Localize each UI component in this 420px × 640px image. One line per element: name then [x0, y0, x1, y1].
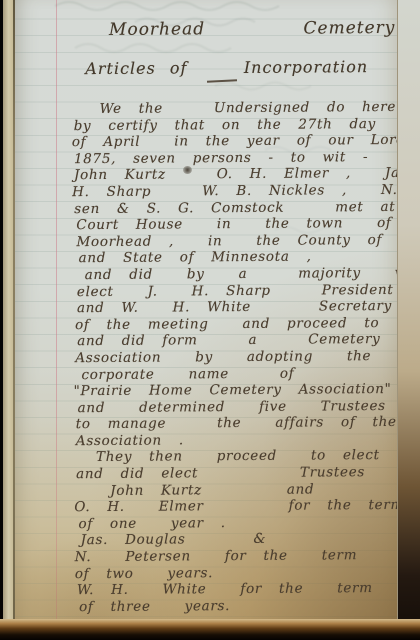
manuscript-line: "Prairie Home Cemetery Association": [73, 381, 397, 400]
title-line: Moorhead Cemetery: [71, 11, 397, 51]
manuscript-line: of three years.: [75, 597, 397, 616]
manuscript-line: We the Undersigned do here: [72, 99, 397, 118]
binding-edge: [3, 0, 13, 640]
manuscript-line: O. H. Elmer for the term: [74, 497, 397, 516]
ledger-page: Moorhead CemeteryArticles of Incorporati…: [15, 0, 397, 640]
manuscript-line: N. Petersen for the term: [75, 547, 397, 566]
manuscript-line: and did elect Trustees: [74, 464, 397, 483]
ledger-photo: Moorhead CemeteryArticles of Incorporati…: [0, 0, 420, 640]
manuscript-line: H. Sharp W. B. Nickles , N. Peter-: [72, 182, 397, 201]
manuscript-line: Moorhead , in the County of Clay: [72, 232, 397, 251]
manuscript-line: Association by adopting the: [73, 348, 397, 367]
manuscript-lines: Moorhead CemeteryArticles of Incorporati…: [71, 11, 397, 616]
manuscript-line: of April in the year of our Lord: [72, 132, 397, 151]
manuscript-line: and did by a majority vote: [73, 265, 397, 284]
title-line: Articles of Incorporation: [71, 49, 397, 101]
manuscript-line: and W. H. White Secretary: [73, 298, 397, 317]
ink-blot: [183, 166, 192, 174]
manuscript-line: Court House in the town of: [72, 215, 397, 234]
photo-left-border: [0, 0, 3, 640]
manuscript-line: to manage the affairs of the: [74, 414, 397, 433]
binding-fold-line: [13, 0, 15, 640]
book-bottom-edge: [0, 619, 420, 640]
manuscript-line: W. H. White for the term: [75, 580, 397, 599]
next-page-edge: [398, 0, 420, 640]
